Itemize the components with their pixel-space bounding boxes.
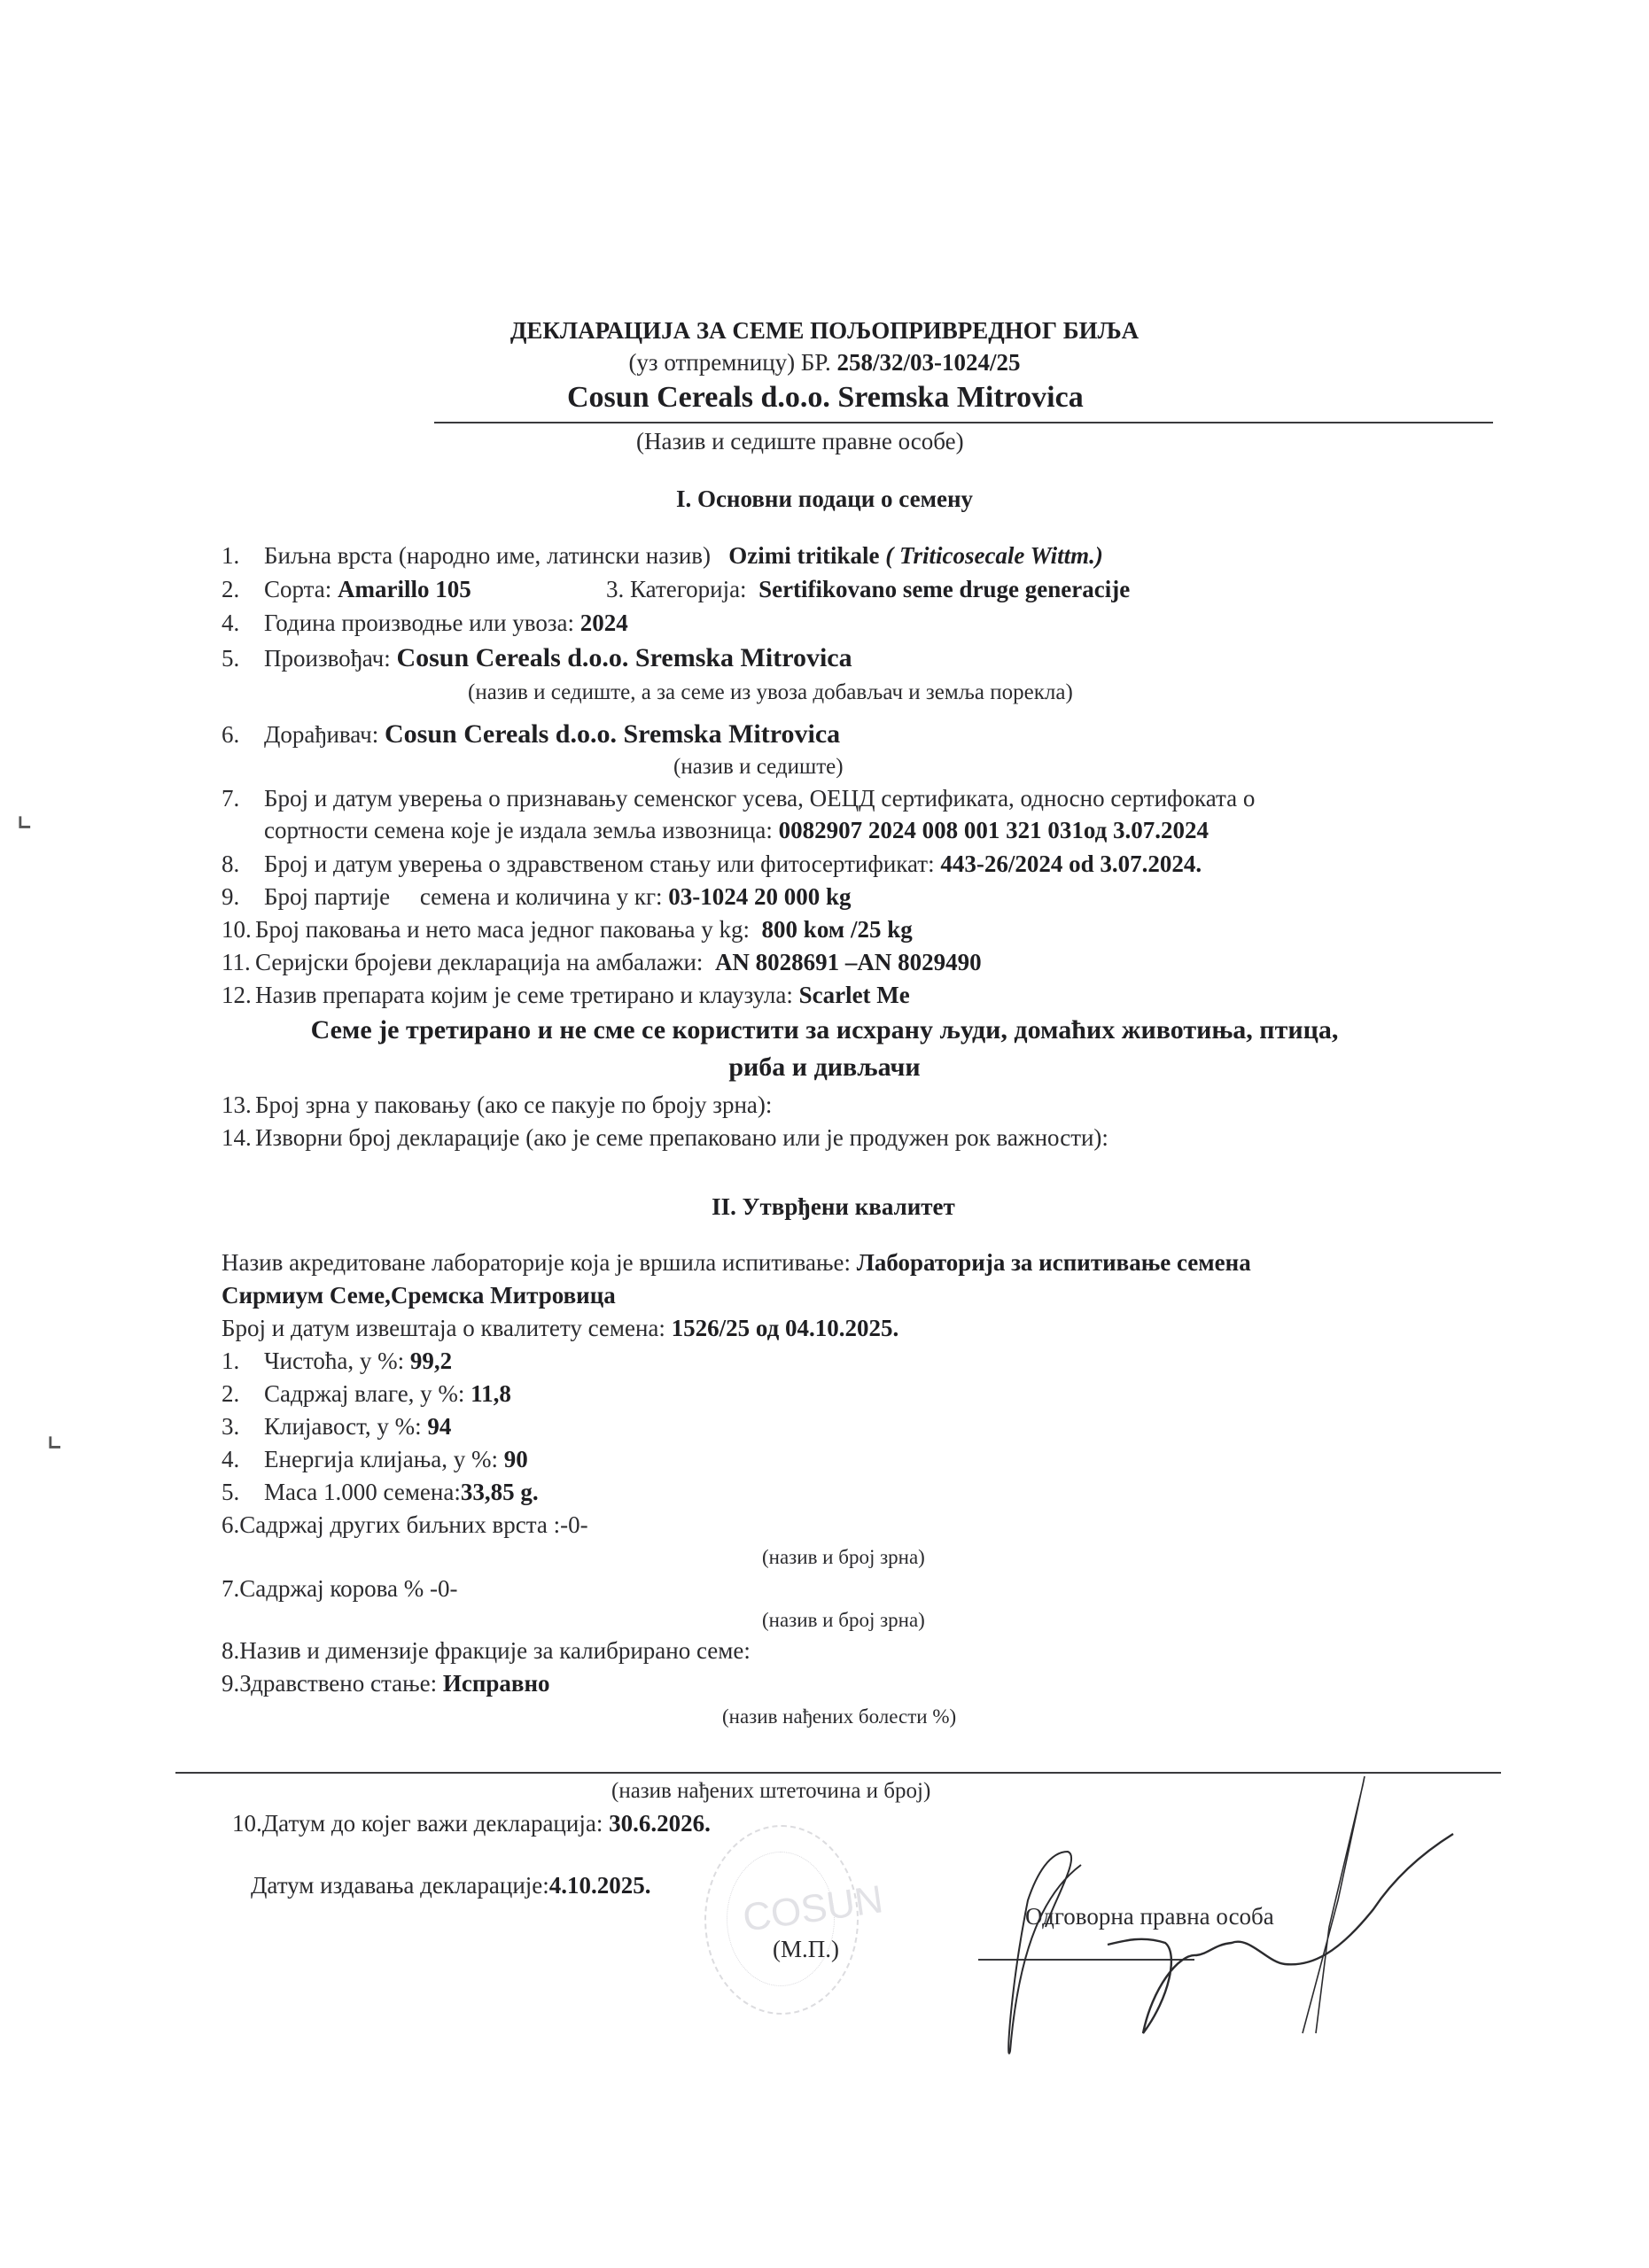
seal-placeholder-label: (М.П.): [773, 1936, 839, 1963]
item-5-producer: 5.Произвођач: Cosun Cereals d.o.o. Srems…: [222, 643, 852, 673]
item-5-caption: (назив и седиште, а за семе из увоза доб…: [468, 680, 1073, 705]
item-6-caption: (назив и седиште): [673, 755, 844, 780]
item-2-variety: 2.Сорта: Amarillo 105: [222, 576, 471, 603]
company-name: Cosun Cereals d.o.o. Sremska Mitrovica: [567, 381, 1084, 415]
item-validity-date: 10.Датум до којег важи декларација: 30.6…: [232, 1810, 711, 1837]
item-7-certificate-value: сортности семена које је издала земља из…: [264, 817, 1209, 844]
item-7-certificate: 7.Број и датум уверења о признавању семе…: [222, 785, 1255, 812]
diseases-caption: (назив нађених болести %): [722, 1705, 956, 1728]
item-14-original-number: 14.Изворни број декларације (ако је семе…: [222, 1124, 1108, 1152]
signature-icon: [966, 1767, 1462, 2060]
metric-germination: 3.Клијавост, у %: 94: [222, 1413, 451, 1441]
weeds-caption: (назив и број зрна): [762, 1609, 925, 1632]
lab-name: Назив акредитоване лабораторије која је …: [222, 1249, 1251, 1277]
metric-thousand-seed-mass: 5.Маса 1.000 семена:33,85 g.: [222, 1479, 539, 1506]
metric-purity: 1.Чистоћа, у %: 99,2: [222, 1348, 452, 1375]
pests-caption: (назив нађених штеточина и број): [611, 1779, 930, 1804]
item-11-serials: 11.Серијски бројеви декларација на амбал…: [222, 949, 982, 976]
scan-mark-icon: ⌞: [46, 1413, 63, 1455]
item-1-plant-species: 1.Биљна врста (народно име, латински наз…: [222, 542, 1103, 570]
item-9-lot: 9.Број партије семена и количина у кг: 0…: [222, 883, 852, 911]
item-10-packages: 10.Број паковања и нето маса једног пако…: [222, 916, 913, 944]
scan-mark-icon: ⌞: [16, 793, 33, 835]
header-divider: [434, 422, 1493, 423]
section1-heading: I. Основни подаци о семену: [0, 485, 1649, 513]
item-3-category: 3. Категорија: Sertifikovano seme druge …: [606, 576, 1130, 603]
item-other-species: 6.Садржај других биљних врста :-0-: [222, 1511, 588, 1539]
issue-date: Датум издавања декларације:4.10.2025.: [251, 1872, 651, 1899]
lab-name-cont: Сирмиум Семе,Сремска Митровица: [222, 1282, 616, 1309]
other-species-caption: (назив и број зрна): [762, 1546, 925, 1569]
section2-heading: II. Утврђени квалитет: [0, 1193, 1649, 1221]
company-caption: (Назив и седиште правне особе): [636, 428, 964, 455]
treatment-warning-line-1: Семе је третирано и не сме се користити …: [0, 1015, 1649, 1045]
item-6-processor: 6.Дорађивач: Cosun Cereals d.o.o. Sremsk…: [222, 719, 840, 750]
item-health-status: 9.Здравствено стање: Исправно: [222, 1670, 550, 1697]
item-weeds: 7.Садржај корова % -0-: [222, 1575, 457, 1603]
metric-moisture: 2.Садржај влаге, у %: 11,8: [222, 1380, 511, 1408]
metric-germination-energy: 4.Енергија клијања, у %: 90: [222, 1446, 528, 1473]
treatment-warning-line-2: риба и дивљачи: [0, 1052, 1649, 1083]
item-8-health-certificate: 8.Број и датум уверења о здравственом ст…: [222, 850, 1202, 878]
document-title: ДЕКЛАРАЦИЈА ЗА СЕМЕ ПОЉОПРИВРЕДНОГ БИЉА: [0, 317, 1649, 345]
item-calibration: 8.Назив и димензије фракције за калибрир…: [222, 1637, 751, 1665]
shipment-reference: (уз отпремницу) БР. 258/32/03-1024/25: [0, 349, 1649, 377]
item-13-seed-count: 13.Број зрна у паковању (ако се пакује п…: [222, 1091, 772, 1119]
quality-report: Број и датум извештаја о квалитету семен…: [222, 1315, 898, 1342]
item-12-treatment: 12.Назив препарата којим је семе третира…: [222, 982, 910, 1009]
item-4-year: 4.Година производње или увоза: 2024: [222, 610, 628, 637]
